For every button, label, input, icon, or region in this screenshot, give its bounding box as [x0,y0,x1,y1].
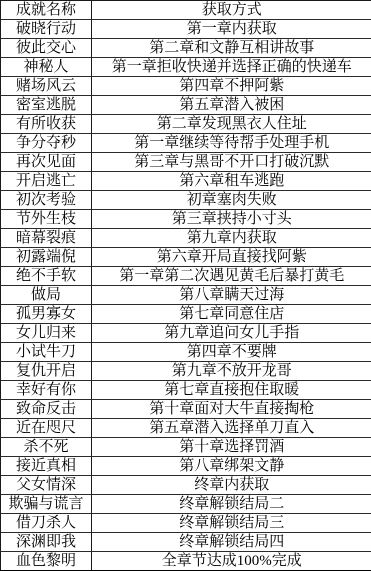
table-row: 节外生枝第三章挟持小寸头 [1,210,371,229]
table-row: 复仇开启第九章不放开龙哥 [1,362,371,381]
table-row: 欺骗与谎言终章解锁结局二 [1,495,371,514]
acquisition-method-cell: 第三章挟持小寸头 [92,210,371,229]
acquisition-method-cell: 第四章不押阿紫 [92,77,371,96]
table-row: 再次见面第三章与黑哥不开口打破沉默 [1,153,371,172]
table-row: 赌场风云第四章不押阿紫 [1,77,371,96]
achievement-name-cell: 小试牛刀 [1,343,92,362]
achievement-name-cell: 争分夺秒 [1,134,92,153]
acquisition-method-cell: 第二章和文静互相讲故事 [92,39,371,58]
table-row: 争分夺秒第一章继续等待帮手处理手机 [1,134,371,153]
acquisition-method-cell: 第八章绑架文静 [92,457,371,476]
achievement-name-cell: 欺骗与谎言 [1,495,92,514]
table-row: 幸好有你第七章直接抱住取暖 [1,381,371,400]
acquisition-method-cell: 全章节达成100%完成 [92,552,371,571]
acquisition-method-cell: 终章解锁结局四 [92,533,371,552]
table-row: 血色黎明全章节达成100%完成 [1,552,371,571]
acquisition-method-cell: 第一章继续等待帮手处理手机 [92,134,371,153]
acquisition-method-cell: 第一章第二次遇见黄毛后暴打黄毛 [92,267,371,286]
acquisition-method-cell: 第六章开局直接找阿紫 [92,248,371,267]
acquisition-method-cell: 第九章不放开龙哥 [92,362,371,381]
table-row: 有所收获第二章发现黑衣人住址 [1,115,371,134]
achievement-name-cell: 有所收获 [1,115,92,134]
table-row: 杀不死第十章选择罚酒 [1,438,371,457]
achievement-name-cell: 初次考验 [1,191,92,210]
achievement-name-cell: 杀不死 [1,438,92,457]
acquisition-method-cell: 第三章与黑哥不开口打破沉默 [92,153,371,172]
table-row: 小试牛刀第四章不要牌 [1,343,371,362]
acquisition-method-cell: 第九章内获取 [92,229,371,248]
achievement-name-cell: 做局 [1,286,92,305]
acquisition-method-cell: 第十章选择罚酒 [92,438,371,457]
header-acquisition-method: 获取方式 [92,1,371,20]
achievement-name-cell: 破晓行动 [1,20,92,39]
table-row: 彼此交心第二章和文静互相讲故事 [1,39,371,58]
achievement-name-cell: 彼此交心 [1,39,92,58]
table-row: 破晓行动第一章内获取 [1,20,371,39]
acquisition-method-cell: 第六章租车逃跑 [92,172,371,191]
achievement-name-cell: 赌场风云 [1,77,92,96]
table-row: 致命反击第十章面对大牛直接掏枪 [1,400,371,419]
table-row: 孤男寡女第七章同意住店 [1,305,371,324]
achievement-name-cell: 接近真相 [1,457,92,476]
acquisition-method-cell: 第二章发现黑衣人住址 [92,115,371,134]
achievement-name-cell: 复仇开启 [1,362,92,381]
table-row: 接近真相第八章绑架文静 [1,457,371,476]
achievement-name-cell: 初露端倪 [1,248,92,267]
achievement-name-cell: 近在咫尺 [1,419,92,438]
acquisition-method-cell: 初章塞肉失败 [92,191,371,210]
table-row: 初露端倪第六章开局直接找阿紫 [1,248,371,267]
table-row: 父女情深终章内获取 [1,476,371,495]
table-row: 做局第八章瞒天过海 [1,286,371,305]
acquisition-method-cell: 第一章拒收快递并选择正确的快递车 [92,58,371,77]
achievement-name-cell: 绝不手软 [1,267,92,286]
achievement-name-cell: 女儿归来 [1,324,92,343]
achievement-name-cell: 孤男寡女 [1,305,92,324]
achievement-name-cell: 开启逃亡 [1,172,92,191]
header-row: 成就名称 获取方式 [1,1,371,20]
acquisition-method-cell: 第十章面对大牛直接掏枪 [92,400,371,419]
table-row: 暗幕裂痕第九章内获取 [1,229,371,248]
achievement-name-cell: 借刀杀人 [1,514,92,533]
achievements-table-header: 成就名称 获取方式 [1,1,371,20]
achievements-table: 成就名称 获取方式 破晓行动第一章内获取彼此交心第二章和文静互相讲故事神秘人第一… [0,0,371,571]
table-row: 深渊即我终章解锁结局四 [1,533,371,552]
achievement-name-cell: 神秘人 [1,58,92,77]
table-row: 绝不手软第一章第二次遇见黄毛后暴打黄毛 [1,267,371,286]
table-row: 开启逃亡第六章租车逃跑 [1,172,371,191]
table-row: 女儿归来第九章追问女儿手指 [1,324,371,343]
achievement-name-cell: 致命反击 [1,400,92,419]
acquisition-method-cell: 第五章潜入被困 [92,96,371,115]
acquisition-method-cell: 第七章同意住店 [92,305,371,324]
achievement-name-cell: 父女情深 [1,476,92,495]
acquisition-method-cell: 第五章潜入选择单刀直入 [92,419,371,438]
acquisition-method-cell: 终章解锁结局三 [92,514,371,533]
achievements-table-body: 破晓行动第一章内获取彼此交心第二章和文静互相讲故事神秘人第一章拒收快递并选择正确… [1,20,371,571]
achievement-name-cell: 暗幕裂痕 [1,229,92,248]
acquisition-method-cell: 第一章内获取 [92,20,371,39]
achievement-name-cell: 节外生枝 [1,210,92,229]
achievement-name-cell: 深渊即我 [1,533,92,552]
achievement-name-cell: 血色黎明 [1,552,92,571]
acquisition-method-cell: 终章解锁结局二 [92,495,371,514]
achievement-name-cell: 再次见面 [1,153,92,172]
acquisition-method-cell: 第八章瞒天过海 [92,286,371,305]
table-row: 密室逃脱第五章潜入被困 [1,96,371,115]
table-row: 神秘人第一章拒收快递并选择正确的快递车 [1,58,371,77]
achievement-name-cell: 幸好有你 [1,381,92,400]
acquisition-method-cell: 第七章直接抱住取暖 [92,381,371,400]
table-row: 初次考验初章塞肉失败 [1,191,371,210]
acquisition-method-cell: 第九章追问女儿手指 [92,324,371,343]
acquisition-method-cell: 终章内获取 [92,476,371,495]
acquisition-method-cell: 第四章不要牌 [92,343,371,362]
table-row: 借刀杀人终章解锁结局三 [1,514,371,533]
achievement-name-cell: 密室逃脱 [1,96,92,115]
header-achievement-name: 成就名称 [1,1,92,20]
table-row: 近在咫尺第五章潜入选择单刀直入 [1,419,371,438]
